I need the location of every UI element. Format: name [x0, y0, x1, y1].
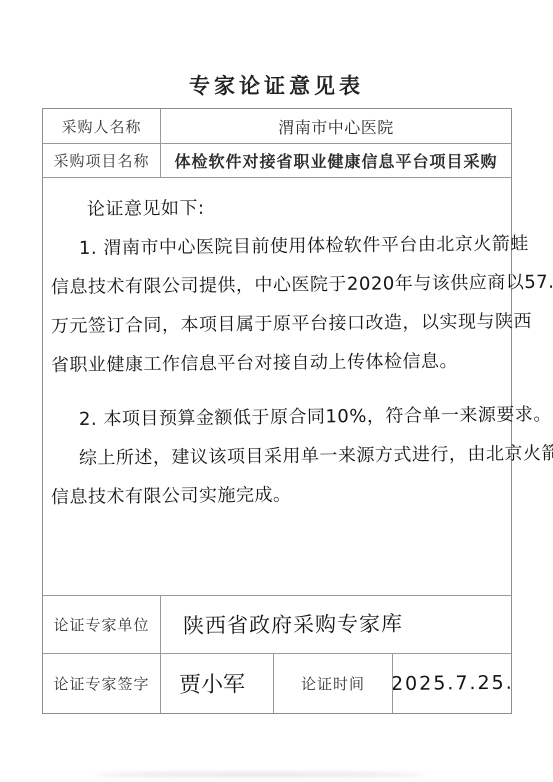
expert-unit-value: 陕西省政府采购专家库 — [161, 596, 511, 653]
signature-handwriting: 贾小军 — [179, 667, 245, 699]
purchaser-name-value: 渭南市中心医院 — [161, 109, 511, 143]
expert-opinion-table: 采购人名称 渭南市中心医院 采购项目名称 体检软件对接省职业健康信息平台项目采购… — [42, 108, 512, 714]
expert-signature-label: 论证专家签字 — [43, 654, 161, 713]
project-row: 采购项目名称 体检软件对接省职业健康信息平台项目采购 — [43, 144, 511, 178]
opinion-cell: 论证意见如下: 1. 渭南市中心医院目前使用体检软件平台由北京火箭蛙 信息技术有… — [43, 178, 511, 596]
opinion-line: 信息技术有限公司提供，中心医院于2020年与该供应商以57.8 — [51, 263, 505, 307]
opinion-line: 省职业健康工作信息平台对接自动上传体检信息。 — [51, 341, 505, 385]
date-handwriting: 2025.7.25. — [393, 671, 511, 694]
opinion-heading: 论证意见如下: — [87, 186, 505, 229]
form-title: 专家论证意见表 — [0, 0, 553, 100]
opinion-line: 综上所述，建议该项目采用单一来源方式进行，由北京火箭蛙 — [79, 435, 505, 478]
expert-signature-value: 贾小军 — [161, 654, 274, 713]
scanned-form-page: 专家论证意见表 采购人名称 渭南市中心医院 采购项目名称 体检软件对接省职业健康… — [0, 0, 553, 782]
opinion-line: 1. 渭南市中心医院目前使用体检软件平台由北京火箭蛙 — [79, 225, 505, 268]
scan-artifact-smudge — [95, 772, 425, 777]
review-time-value: 2025.7.25. — [393, 654, 511, 713]
project-name-value: 体检软件对接省职业健康信息平台项目采购 — [161, 144, 511, 177]
purchaser-name-label: 采购人名称 — [43, 109, 161, 143]
review-time-label: 论证时间 — [274, 654, 393, 713]
opinion-line: 信息技术有限公司实施完成。 — [51, 473, 505, 517]
expert-unit-label: 论证专家单位 — [43, 596, 161, 653]
expert-unit-handwriting: 陕西省政府采购专家库 — [183, 607, 403, 639]
purchaser-row: 采购人名称 渭南市中心医院 — [43, 109, 511, 144]
opinion-line: 万元签订合同，本项目属于原平台接口改造，以实现与陕西 — [51, 302, 505, 346]
opinion-line: 2. 本项目预算金额低于原合同10%，符合单一来源要求。 — [79, 396, 505, 439]
expert-unit-row: 论证专家单位 陕西省政府采购专家库 — [43, 596, 511, 654]
signature-row: 论证专家签字 贾小军 论证时间 2025.7.25. — [43, 654, 511, 713]
project-name-label: 采购项目名称 — [43, 144, 161, 177]
